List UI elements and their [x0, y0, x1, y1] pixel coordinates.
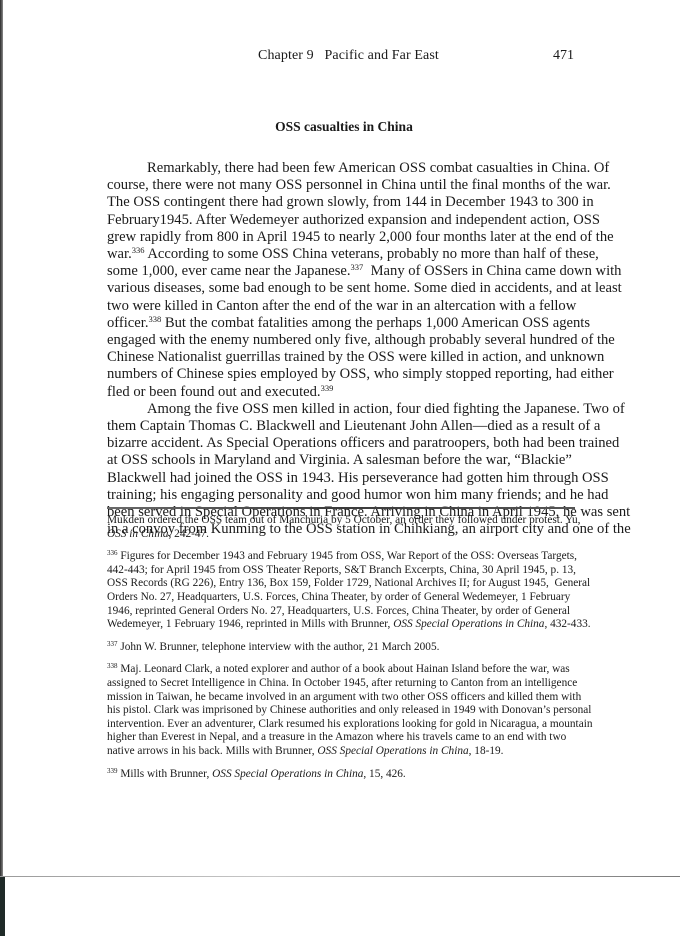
footnote-ref-338[interactable]: 338 — [148, 314, 161, 324]
footnote-number: 336 — [107, 549, 118, 557]
text-line: The OSS contingent there had grown slowl… — [107, 194, 577, 211]
text-line: grew rapidly from 800 in April 1945 to n… — [107, 229, 577, 246]
footnote-336: 336 Figures for December 1943 and Februa… — [107, 550, 579, 632]
text-line: various diseases, some bad enough to be … — [107, 280, 577, 297]
text-line: engaged with the enemy numbered only fiv… — [107, 332, 577, 349]
footnotes: Mukden ordered the OSS team out of Manch… — [107, 514, 579, 790]
running-head: Chapter 9 Pacific and Far East — [258, 48, 439, 64]
footnote-337: 337 John W. Brunner, telephone interview… — [107, 641, 579, 655]
scan-bottom-edge — [0, 876, 680, 877]
text-line: Among the five OSS men killed in action,… — [107, 401, 577, 418]
footnote-ref-339[interactable]: 339 — [321, 383, 334, 393]
text-line: fled or been found out and executed.339 — [107, 384, 577, 401]
footnote-ref-337[interactable]: 337 — [351, 262, 364, 272]
text-line: Remarkably, there had been few American … — [107, 160, 577, 177]
footnote-number: 339 — [107, 767, 118, 775]
text-line: two were killed in Canton after the end … — [107, 298, 577, 315]
text-line: Blackwell had joined the OSS in 1943. Hi… — [107, 470, 577, 487]
text-line: Chinese Nationalist guerrillas trained b… — [107, 349, 577, 366]
text-line: at OSS schools in Maryland and Virginia.… — [107, 452, 577, 469]
paragraph-1: Remarkably, there had been few American … — [107, 160, 577, 401]
footnote-ref-336[interactable]: 336 — [132, 245, 145, 255]
scan-left-edge-bottom — [0, 876, 5, 936]
text-line: some 1,000, ever came near the Japanese.… — [107, 263, 577, 280]
text-line: training; his engaging personality and g… — [107, 487, 577, 504]
footnote-separator — [107, 507, 575, 509]
footnote-number: 337 — [107, 640, 118, 648]
page-number: 471 — [553, 48, 574, 64]
footnote-338: 338 Maj. Leonard Clark, a noted explorer… — [107, 663, 579, 758]
footnote-continued: Mukden ordered the OSS team out of Manch… — [107, 514, 579, 541]
body-text: Remarkably, there had been few American … — [107, 160, 577, 538]
footnote-number: 338 — [107, 662, 118, 670]
text-line: war.336 According to some OSS China vete… — [107, 246, 577, 263]
text-line: bizarre accident. As Special Operations … — [107, 435, 577, 452]
text-line: them Captain Thomas C. Blackwell and Lie… — [107, 418, 577, 435]
text-line: numbers of Chinese spies employed by OSS… — [107, 366, 577, 383]
text-line: February1945. After Wedemeyer authorized… — [107, 212, 577, 229]
text-line: course, there were not many OSS personne… — [107, 177, 577, 194]
footnote-339: 339 Mills with Brunner, OSS Special Oper… — [107, 768, 579, 782]
section-title: OSS casualties in China — [0, 119, 680, 135]
text-line: officer.338 But the combat fatalities am… — [107, 315, 577, 332]
